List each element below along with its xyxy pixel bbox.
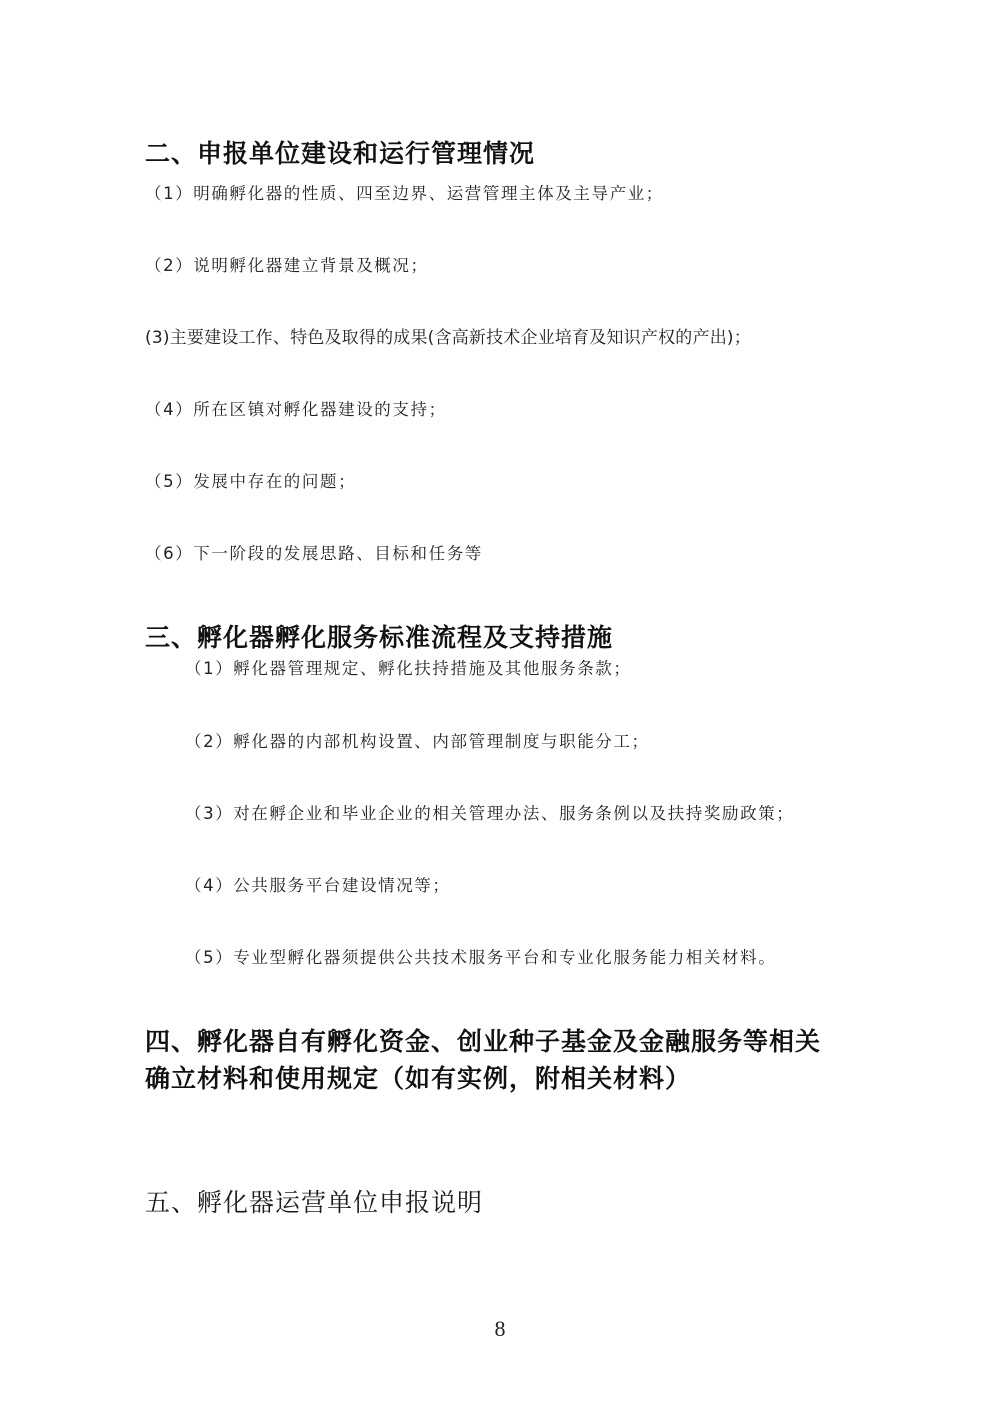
- section-3-item-4: （4）公共服务平台建设情况等；: [185, 872, 451, 896]
- section-heading-3: 三、孵化器孵化服务标准流程及支持措施: [145, 618, 613, 654]
- section-2-item-5: （5）发展中存在的问题；: [145, 468, 356, 492]
- section-heading-4: 四、孵化器自有孵化资金、创业种子基金及金融服务等相关 确立材料和使用规定（如有实…: [145, 1023, 821, 1097]
- section-2-item-4: （4）所在区镇对孵化器建设的支持；: [145, 396, 447, 420]
- section-heading-4-line-2: 确立材料和使用规定（如有实例，附相关材料）: [145, 1060, 821, 1097]
- page-number: 8: [0, 1316, 1000, 1342]
- section-heading-4-line-1: 四、孵化器自有孵化资金、创业种子基金及金融服务等相关: [145, 1023, 821, 1060]
- section-3-item-1: （1）孵化器管理规定、孵化扶持措施及其他服务条款；: [185, 655, 632, 679]
- section-2-item-2: （2）说明孵化器建立背景及概况；: [145, 252, 429, 276]
- section-3-item-2: （2）孵化器的内部机构设置、内部管理制度与职能分工；: [185, 728, 650, 752]
- section-3-item-3: （3）对在孵企业和毕业企业的相关管理办法、服务条例以及扶持奖励政策；: [185, 800, 794, 824]
- section-2-item-6: （6）下一阶段的发展思路、目标和任务等: [145, 540, 483, 564]
- section-3-item-5: （5）专业型孵化器须提供公共技术服务平台和专业化服务能力相关材料。: [185, 944, 776, 968]
- section-2-item-3: (3)主要建设工作、特色及取得的成果(含高新技术企业培育及知识产权的产出)；: [145, 323, 751, 348]
- section-heading-5: 五、孵化器运营单位申报说明: [145, 1183, 483, 1219]
- section-2-item-1: （1）明确孵化器的性质、四至边界、运营管理主体及主导产业；: [145, 180, 664, 204]
- document-page: 二、申报单位建设和运行管理情况 （1）明确孵化器的性质、四至边界、运营管理主体及…: [0, 0, 1000, 1414]
- section-heading-2: 二、申报单位建设和运行管理情况: [145, 134, 535, 170]
